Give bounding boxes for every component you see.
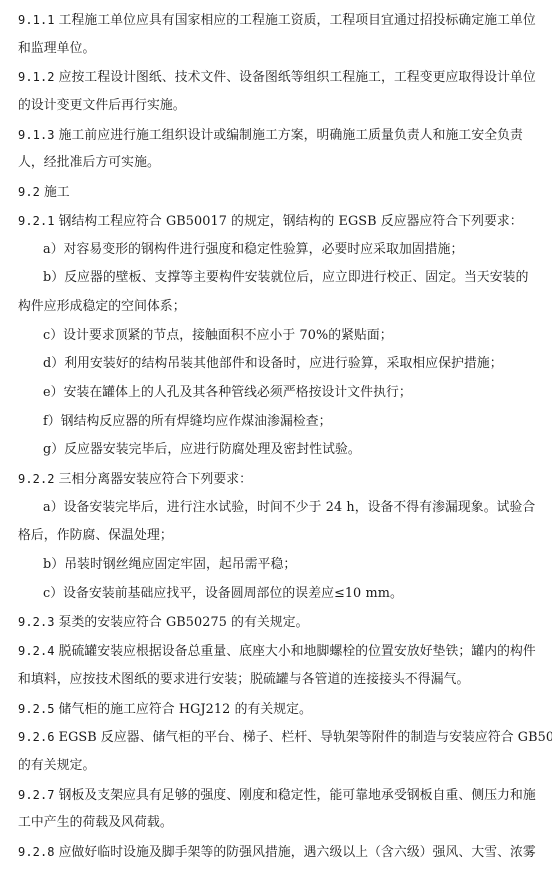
document-page: 9.1.1工程施工单位应具有国家相应的工程施工资质，工程项目宜通过招投标确定施工… — [0, 0, 528, 867]
list-item-b-cont: 构件应形成稳定的空间体系； — [18, 293, 528, 322]
list-item-a-cont: 格后，作防腐、保温处理； — [18, 522, 528, 551]
list-item-e: e）安装在罐体上的人孔及其各种管线必须严格按设计文件执行； — [18, 379, 528, 408]
section-heading-9-2: 9.2施工 — [18, 178, 528, 207]
clause-9-1-3: 9.1.3施工前应进行施工组织设计或编制施工方案，明确施工质量负责人和施工安全负… — [18, 121, 528, 150]
clause-9-1-2: 9.1.2应按工程设计图纸、技术文件、设备图纸等组织工程施工，工程变更应取得设计… — [18, 63, 528, 92]
list-item-g: g）反应器安装完毕后，应进行防腐处理及密封性试验。 — [18, 436, 528, 465]
clause-9-1-2-cont: 的设计变更文件后再行实施。 — [18, 92, 528, 121]
clause-9-2-6-cont: 的有关规定。 — [18, 752, 528, 781]
list-item-f: f）钢结构反应器的所有焊缝均应作煤油渗漏检查； — [18, 408, 528, 437]
clause-9-1-1: 9.1.1工程施工单位应具有国家相应的工程施工资质，工程项目宜通过招投标确定施工… — [18, 6, 528, 35]
clause-9-1-3-cont: 人，经批准后方可实施。 — [18, 149, 528, 178]
list-item-b: b）吊装时钢丝绳应固定牢固，起吊需平稳； — [18, 551, 528, 580]
clause-9-2-6: 9.2.6EGSB 反应器、储气柜的平台、梯子、栏杆、导轨架等附件的制造与安装应… — [18, 723, 528, 752]
list-item-b: b）反应器的壁板、支撑等主要构件安装就位后，应立即进行校正、固定。当天安装的 — [18, 264, 528, 293]
list-item-a: a）对容易变形的钢构件进行强度和稳定性验算，必要时应采取加固措施； — [18, 236, 528, 265]
clause-9-2-4: 9.2.4脱硫罐安装应根据设备总重量、底座大小和地脚螺栓的位置安放好垫铁；罐内的… — [18, 637, 528, 666]
list-item-c: c）设计要求顶紧的节点，接触面积不应小于 70%的紧贴面； — [18, 322, 528, 351]
list-item-c: c）设备安装前基础应找平，设备圆周部位的误差应≤10 mm。 — [18, 580, 528, 609]
clause-9-2-8: 9.2.8应做好临时设施及脚手架等的防强风措施，遇六级以上（含六级）强风、大雪、… — [18, 838, 528, 867]
clause-9-2-1: 9.2.1钢结构工程应符合 GB50017 的规定，钢结构的 EGSB 反应器应… — [18, 207, 528, 236]
clause-9-2-3: 9.2.3泵类的安装应符合 GB50275 的有关规定。 — [18, 608, 528, 637]
clause-9-1-1-cont: 和监理单位。 — [18, 35, 528, 64]
clause-9-2-5: 9.2.5储气柜的施工应符合 HGJ212 的有关规定。 — [18, 695, 528, 724]
clause-9-2-2: 9.2.2三相分离器安装应符合下列要求： — [18, 465, 528, 494]
clause-9-2-7-cont: 工中产生的荷载及风荷载。 — [18, 809, 528, 838]
clause-9-2-4-cont: 和填料，应按技术图纸的要求进行安装；脱硫罐与各管道的连接接头不得漏气。 — [18, 666, 528, 695]
list-item-d: d）利用安装好的结构吊装其他部件和设备时，应进行验算，采取相应保护措施； — [18, 350, 528, 379]
clause-9-2-7: 9.2.7钢板及支架应具有足够的强度、刚度和稳定性，能可靠地承受钢板自重、侧压力… — [18, 781, 528, 810]
list-item-a: a）设备安装完毕后，进行注水试验，时间不少于 24 h，设备不得有渗漏现象。试验… — [18, 494, 528, 523]
